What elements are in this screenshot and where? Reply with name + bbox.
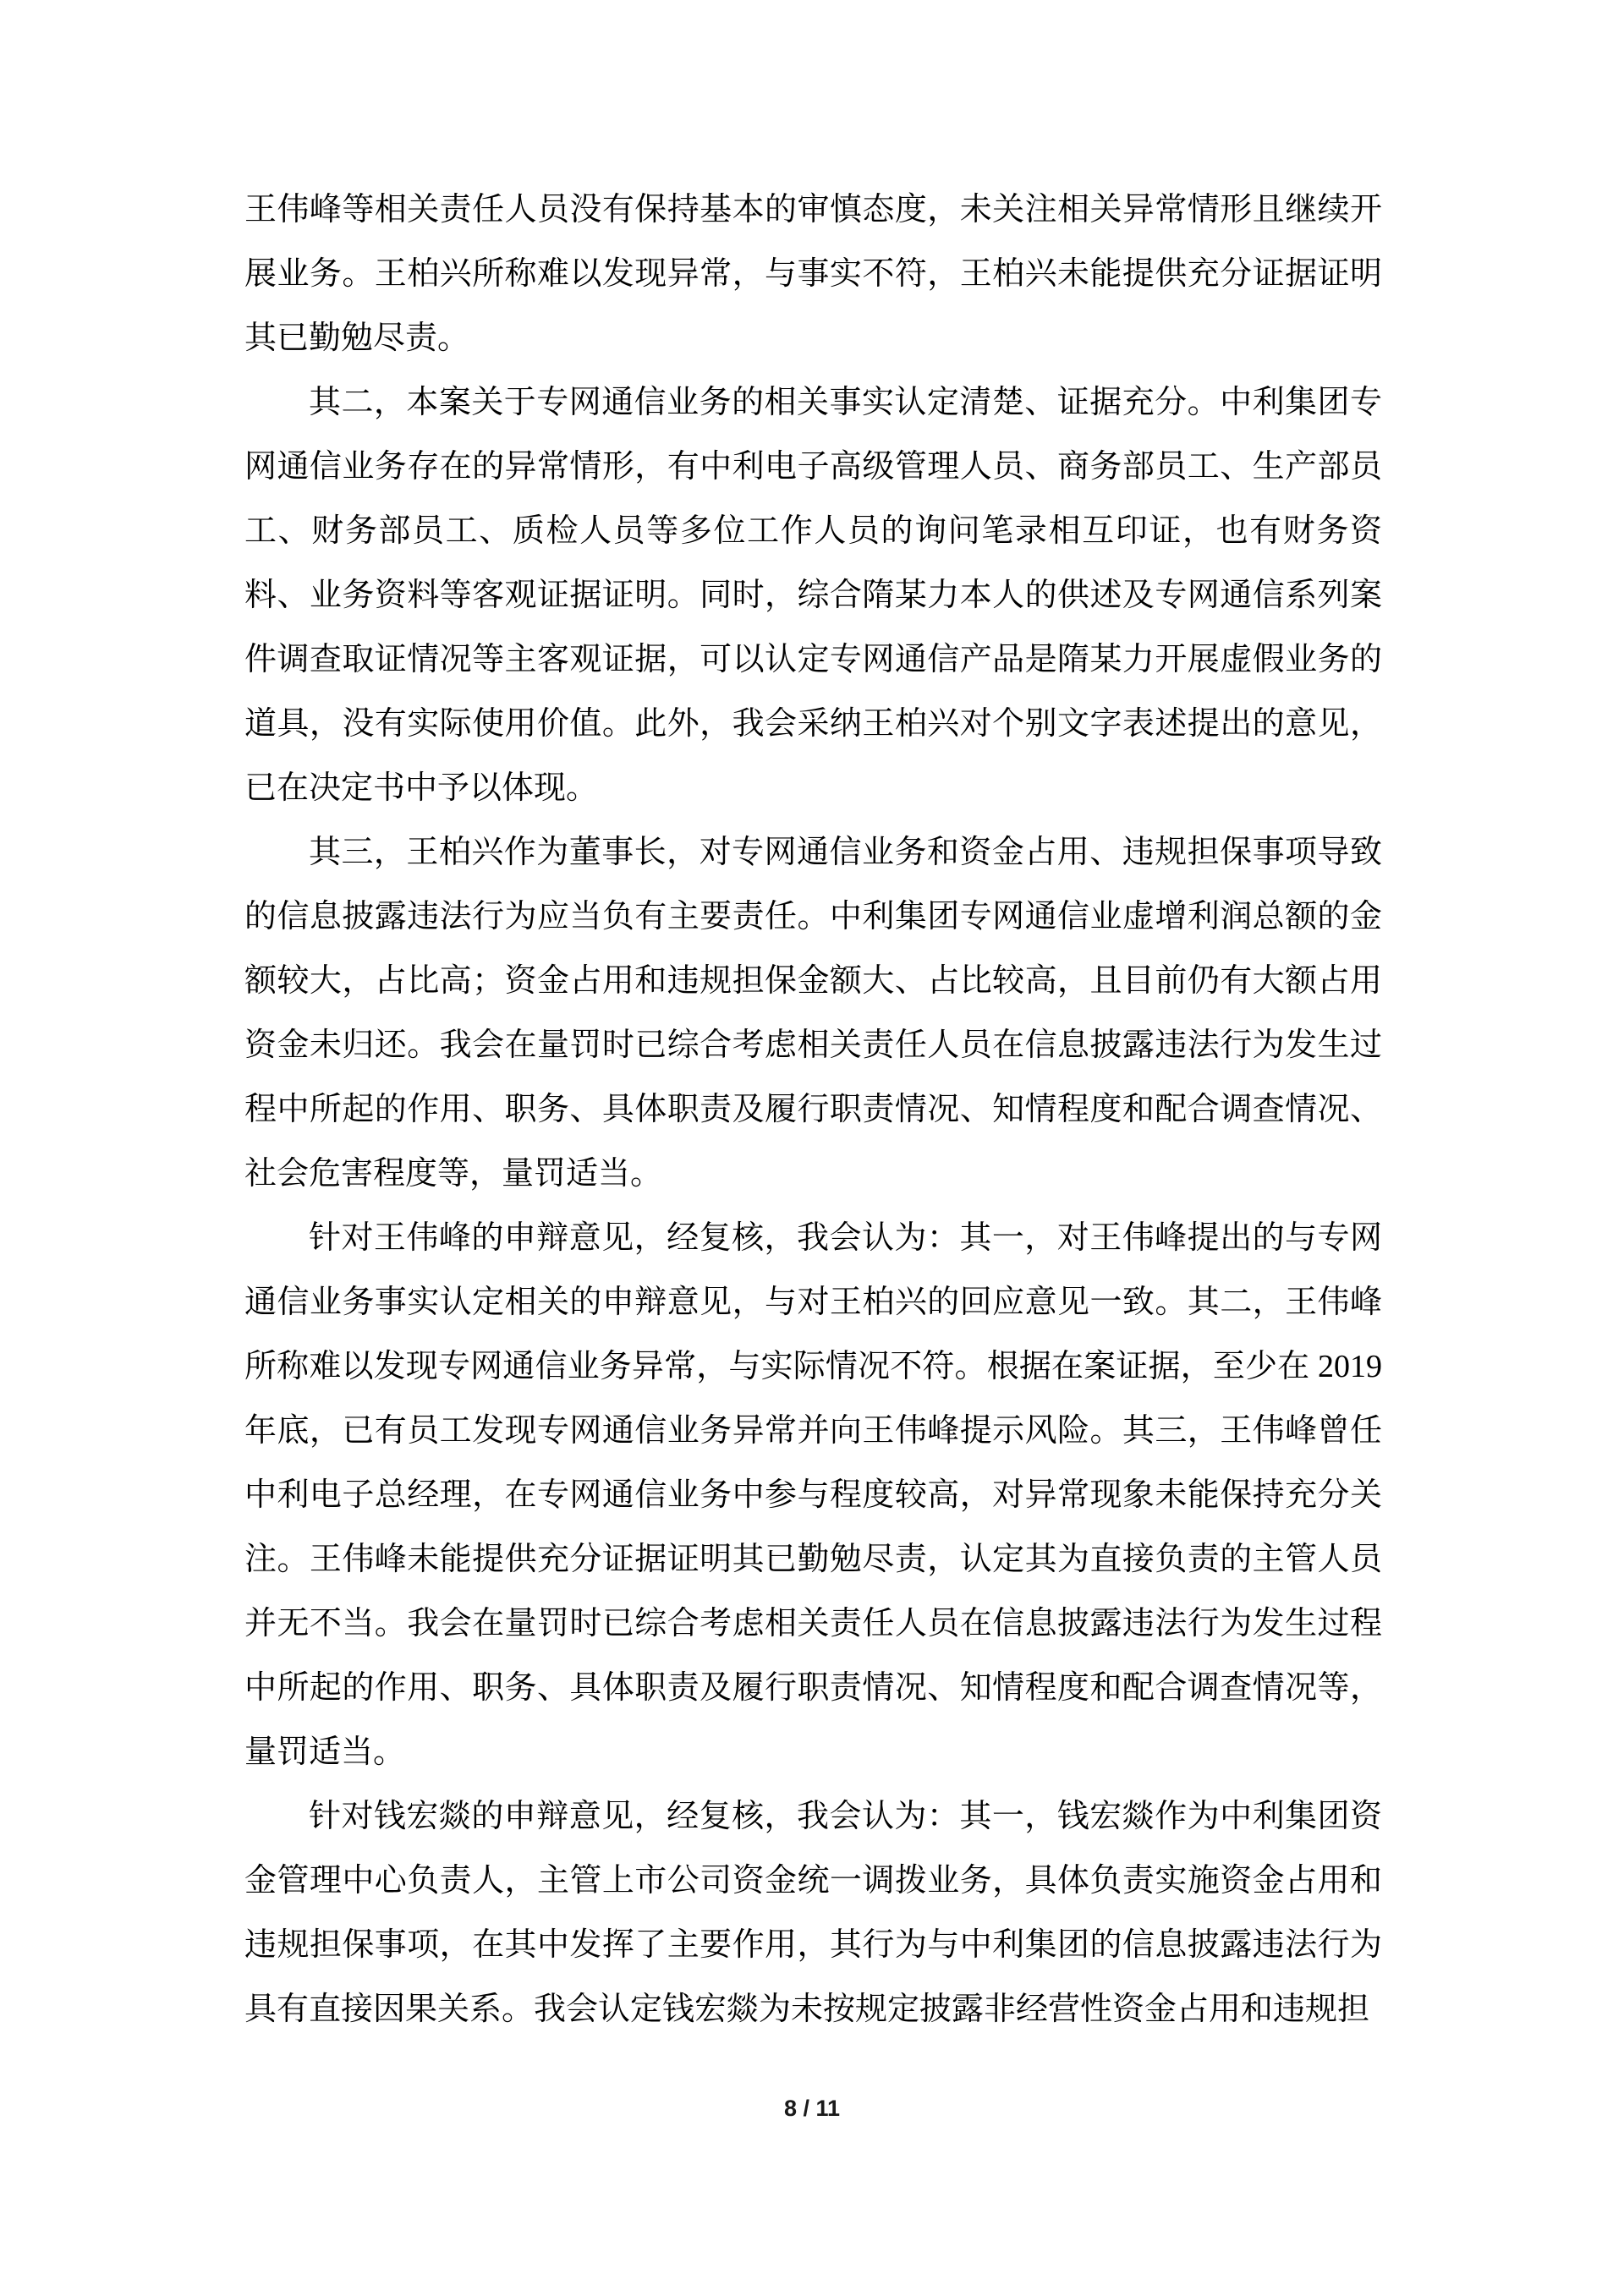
paragraph: 针对钱宏燚的申辩意见，经复核，我会认为：其一，钱宏燚作为中利集团资金管理中心负责… bbox=[244, 1784, 1382, 2041]
paragraph: 针对王伟峰的申辩意见，经复核，我会认为：其一，对王伟峰提出的与专网通信业务事实认… bbox=[244, 1206, 1382, 1784]
page-number: 8 / 11 bbox=[784, 2096, 840, 2121]
paragraph: 王伟峰等相关责任人员没有保持基本的审慎态度，未关注相关异常情形且继续开展业务。王… bbox=[244, 178, 1382, 370]
page-footer: 8 / 11 bbox=[0, 2096, 1624, 2122]
paragraph: 其二，本案关于专网通信业务的相关事实认定清楚、证据充分。中利集团专网通信业务存在… bbox=[244, 370, 1382, 820]
document-body: 王伟峰等相关责任人员没有保持基本的审慎态度，未关注相关异常情形且继续开展业务。王… bbox=[244, 178, 1382, 2041]
paragraph: 其三，王柏兴作为董事长，对专网通信业务和资金占用、违规担保事项导致的信息披露违法… bbox=[244, 820, 1382, 1206]
document-page: 王伟峰等相关责任人员没有保持基本的审慎态度，未关注相关异常情形且继续开展业务。王… bbox=[0, 0, 1624, 2296]
